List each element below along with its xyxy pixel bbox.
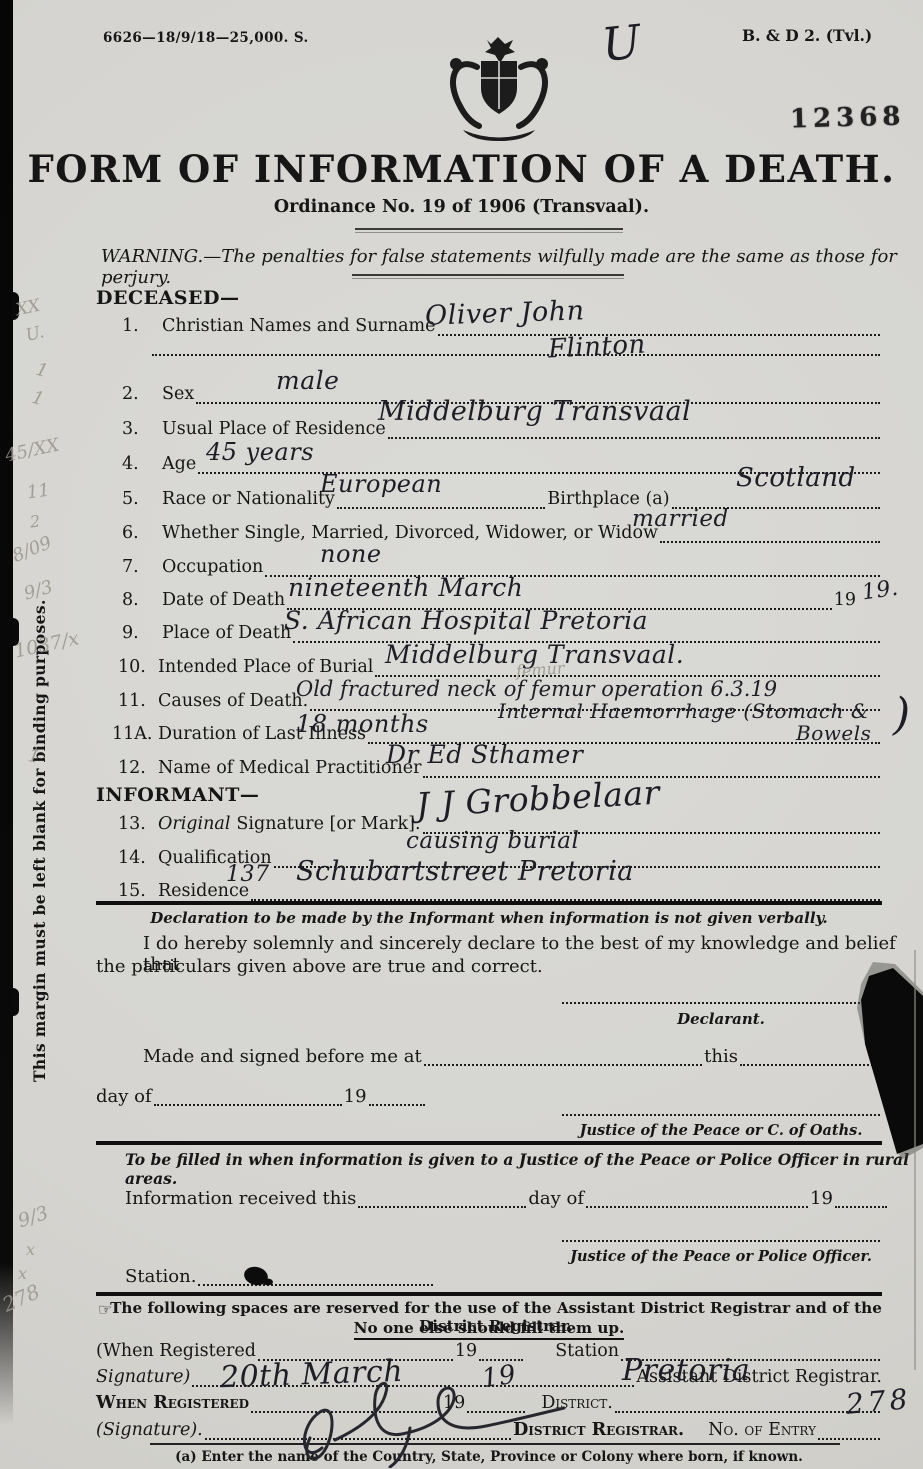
field-number: 14. (118, 850, 158, 868)
binding-edge (0, 0, 13, 1469)
rural-note: To be filled in when information is give… (125, 1150, 923, 1188)
handwritten-cause-line2: Internal Haemorrhage (Stomach & (498, 701, 869, 721)
handwritten-name: Oliver John (425, 297, 585, 330)
field-number: 15. (118, 883, 158, 901)
handwritten-sex: male (276, 368, 339, 393)
handwritten-duration: 18 months (296, 712, 429, 736)
station-label: Station (555, 1343, 619, 1361)
handwritten-cause-line3: Bowels (796, 723, 871, 743)
printed-year: 19 (810, 1190, 833, 1208)
dotted-line (615, 1409, 880, 1413)
field-label: Name of Medical Practitioner (158, 760, 421, 778)
field-number: 1. (122, 318, 162, 336)
printed-year: 19 (344, 1088, 367, 1106)
station-label: Station. (125, 1268, 196, 1286)
dotted-line (369, 1102, 425, 1106)
handwritten-occupation: none (320, 542, 382, 566)
handwritten-check-mark: U (600, 18, 644, 68)
day-of-label: day of (528, 1190, 584, 1208)
pencil-mark: 9/3 (22, 578, 55, 603)
dark-corner-blob (833, 948, 923, 1166)
handwritten-marital-status: married (632, 508, 729, 531)
field-label: Intended Place of Burial (158, 659, 373, 677)
handwritten-residence: Middelburg Transvaal (378, 398, 691, 425)
print-code: 6626—18/9/18—25,000. S. (103, 30, 309, 46)
pencil-annotation-femur: femur (516, 660, 566, 679)
dotted-line (660, 539, 880, 543)
information-received-row: Information received this day of 19 (125, 1190, 870, 1208)
field-label: Occupation (162, 559, 263, 577)
field-label: Causes of Death. (158, 693, 308, 711)
warning-note: WARNING.—The penalties for false stateme… (101, 246, 913, 288)
section-rule (96, 1141, 882, 1145)
field-row-5: 5. Race or Nationality Birthplace (a) (122, 491, 882, 509)
dotted-line (154, 1102, 342, 1106)
printed-year: 19 (834, 592, 856, 610)
field-number: 9. (122, 625, 162, 643)
field-row-6: 6. Whether Single, Married, Divorced, Wi… (122, 525, 882, 543)
pencil-mark: x (18, 1266, 27, 1282)
ink-blot (236, 1258, 282, 1290)
section-rule (96, 901, 882, 905)
field-row-1b (150, 352, 882, 356)
pencil-mark: 1 (30, 389, 46, 409)
page-edge-shadow (914, 950, 916, 1370)
day-of-row: day of 19 (96, 1088, 516, 1106)
field-number: 8. (122, 592, 162, 610)
dotted-line (438, 332, 881, 336)
declaration-note: Declaration to be made by the Informant … (96, 909, 882, 927)
field-label: Signature [or Mark]. (236, 816, 420, 834)
dotted-line (562, 1238, 880, 1242)
declaration-body-line2: the particulars given above are true and… (96, 956, 543, 977)
field-number: 13. (118, 816, 158, 834)
handwritten-surname: Flinton (547, 331, 646, 362)
pencil-mark: 9/3 (16, 1204, 51, 1232)
handwritten-age: 45 years (206, 440, 314, 464)
handwritten-house-number: 137 (226, 864, 270, 886)
dotted-line (388, 435, 880, 439)
field-label: Christian Names and Surname (162, 318, 436, 336)
pencil-mark: 11 (26, 481, 51, 502)
field-number: 4. (122, 456, 162, 474)
dotted-line (337, 505, 545, 509)
informant-signature: J J Grobbelaar (415, 776, 660, 822)
pencil-mark: 8/09 (10, 534, 54, 566)
handwritten-place-of-death: S. African Hospital Pretoria (284, 608, 648, 633)
field-label: Race or Nationality (162, 491, 335, 509)
dotted-line (251, 897, 880, 901)
when-registered-caps-label: When Registered (96, 1395, 249, 1413)
handwritten-district: Pretoria (622, 1356, 750, 1386)
coat-of-arms (433, 34, 565, 152)
field-label: Age (162, 456, 196, 474)
registrar-signature-scribble (280, 1368, 590, 1468)
registrar-notice-underlined: No one else should fill them up. (354, 1319, 625, 1340)
pencil-mark: XX (14, 298, 41, 320)
day-of-label: day of (96, 1088, 152, 1106)
handwritten-birthplace: Scotland (736, 465, 856, 491)
ordinance-subtitle: Ordinance No. 19 of 1906 (Transvaal). (0, 197, 923, 217)
stamp-number: 12368 (790, 101, 906, 134)
dotted-line (358, 1204, 526, 1208)
entry-number-label: No. of Entry (708, 1422, 816, 1440)
received-label: Information received this (125, 1190, 356, 1208)
deceased-heading: DECEASED— (96, 287, 239, 309)
field-number: 11. (118, 693, 158, 711)
binding-margin-note: This margin must be left blank for bindi… (30, 599, 49, 1082)
handwritten-entry-number: 278 (845, 1385, 913, 1419)
form-code: B. & D 2. (Tvl.) (742, 26, 872, 45)
field-number: 5. (122, 491, 162, 509)
printed-year: 19 (455, 1343, 477, 1361)
handwritten-qualification: causing burial (406, 830, 579, 853)
section-rule (96, 1292, 882, 1296)
field-number: 2. (122, 386, 162, 404)
field-number: 12. (118, 760, 158, 778)
signature-label: Signature) (96, 1369, 190, 1387)
pencil-mark: U. (24, 324, 46, 345)
field-label: Date of Death (162, 592, 285, 610)
handwritten-date-of-death: nineteenth March (288, 575, 523, 600)
signature2-label: (Signature). (96, 1422, 203, 1440)
handwritten-nationality: European (320, 472, 442, 496)
field-label: Usual Place of Residence (162, 421, 386, 439)
field-number: 3. (122, 421, 162, 439)
dotted-line (835, 1204, 887, 1208)
field-number: 11A. (112, 726, 158, 744)
death-form-page: This margin must be left blank for bindi… (0, 0, 923, 1469)
page-title: FORM OF INFORMATION OF A DEATH. (0, 147, 923, 191)
made-before-label: Made and signed before me at (143, 1048, 422, 1066)
pencil-mark: x (26, 1242, 35, 1258)
jp-police-line (560, 1238, 882, 1242)
divider-rule (355, 228, 623, 233)
field-number: 6. (122, 525, 162, 543)
divider-rule (352, 274, 624, 279)
jp-police-label: Justice of the Peace or Police Officer. (560, 1248, 882, 1265)
registrar-notice-line2: No one else should fill them up. (96, 1319, 882, 1340)
handwritten-street: Schubartstreet Pretoria (296, 858, 634, 885)
pencil-mark: 2 (29, 514, 41, 531)
made-signed-row: Made and signed before me at this (143, 1048, 882, 1066)
dotted-line (424, 1062, 702, 1066)
this-label: this (704, 1048, 738, 1066)
binding-notch (12, 988, 19, 1016)
pencil-mark: 1 (34, 361, 50, 381)
dotted-line (198, 1282, 433, 1286)
when-registered-label: (When Registered (96, 1343, 256, 1361)
handwritten-cause-of-death: Old fractured neck of femur operation 6.… (296, 679, 777, 700)
field-label: Sex (162, 386, 194, 404)
dotted-line (375, 673, 880, 677)
dotted-line (586, 1204, 808, 1208)
handwritten-death-year: 19. (861, 578, 900, 605)
when-registered-paren-row: (When Registered 19 Station (96, 1343, 882, 1361)
dotted-line (152, 352, 880, 356)
handwritten-practitioner: Dr Ed Sthamer (386, 742, 583, 767)
field-label-italic: Original (158, 816, 230, 834)
field-number: 7. (122, 559, 162, 577)
field-number: 10. (118, 659, 158, 677)
field-label: Whether Single, Married, Divorced, Widow… (162, 525, 658, 543)
field-label: Place of Death (162, 625, 291, 643)
handwritten-closing-paren: ) (893, 693, 911, 737)
dotted-line (818, 1436, 880, 1440)
informant-heading: INFORMANT— (96, 784, 259, 806)
dotted-line (479, 1357, 523, 1361)
